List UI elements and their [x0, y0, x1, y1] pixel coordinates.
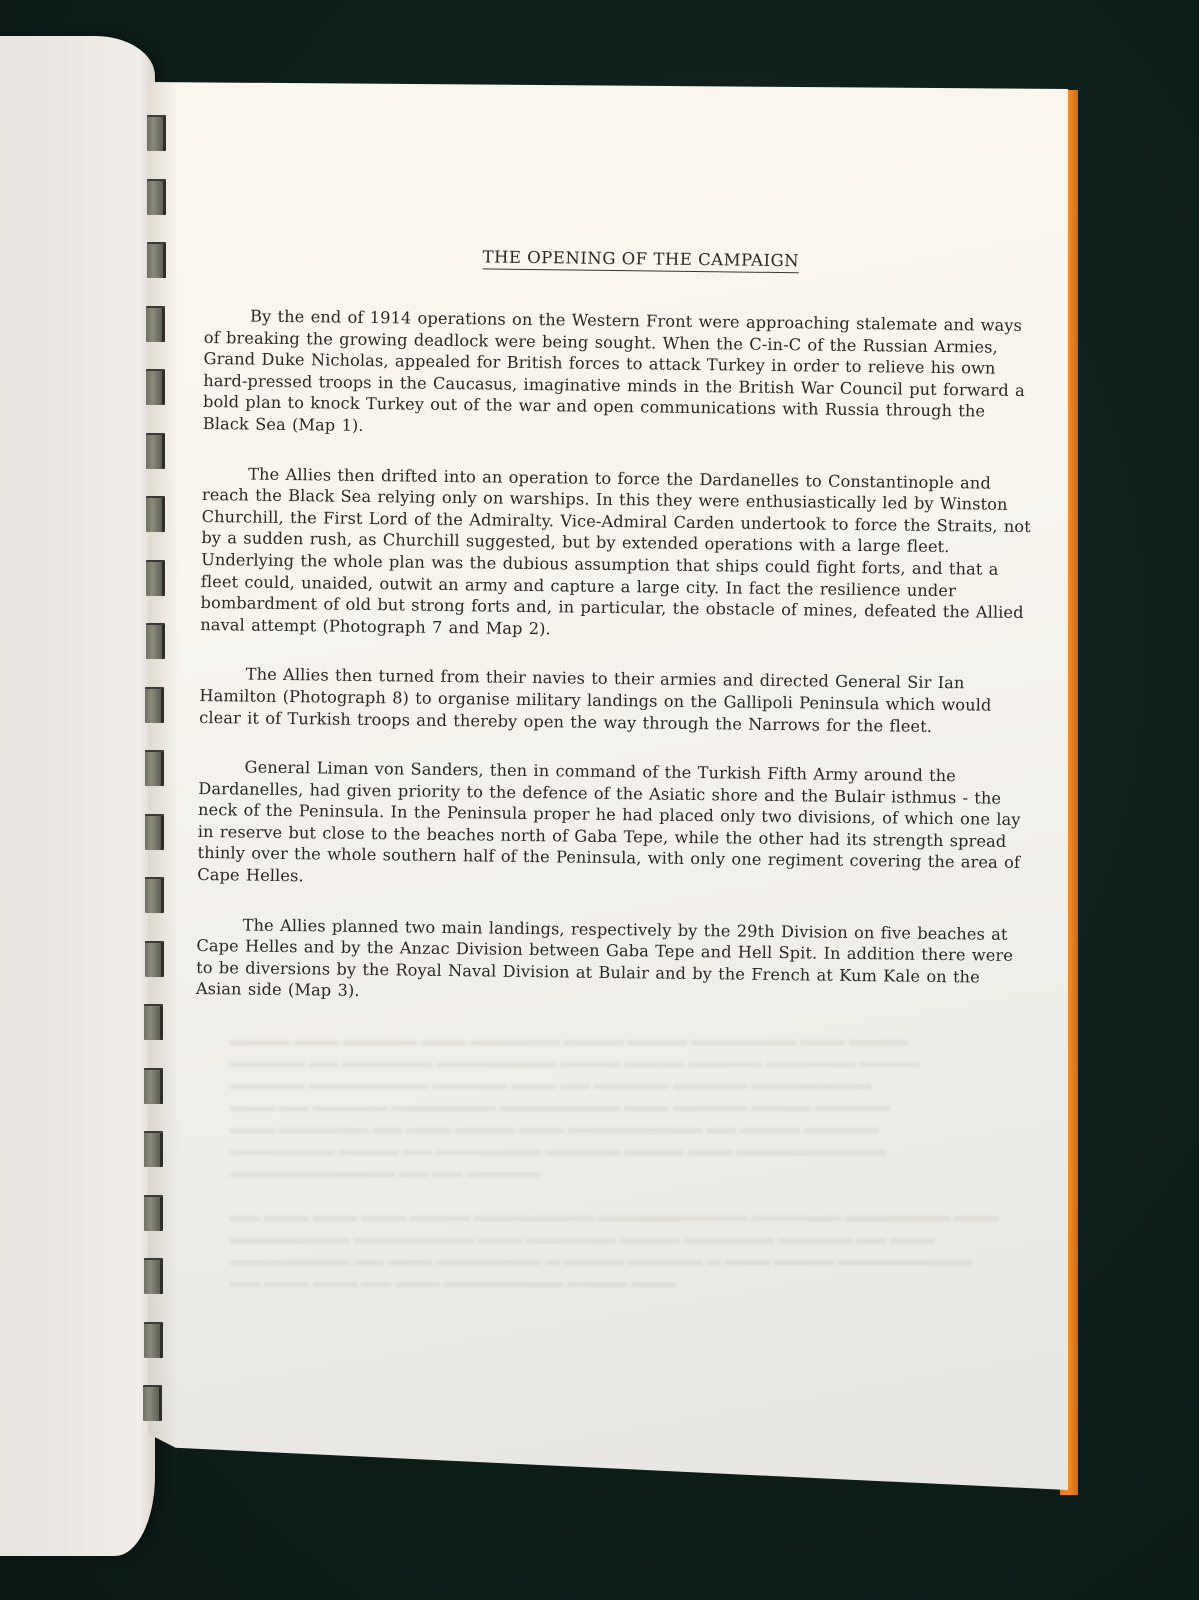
binder-clip-icon	[145, 814, 164, 850]
binder-clip-icon	[144, 1004, 163, 1040]
binder-clip-icon	[146, 560, 165, 596]
left-facing-page	[0, 36, 155, 1556]
paragraph-3: The Allies then turned from their navies…	[199, 663, 1030, 738]
binder-clip-icon	[146, 369, 165, 405]
binder-clip-icon	[144, 1068, 163, 1104]
paragraph-5: The Allies planned two main landings, re…	[196, 914, 1027, 1011]
spiral-binding	[143, 115, 163, 1435]
binder-clip-icon	[144, 1258, 163, 1294]
binder-clip-icon	[145, 877, 164, 913]
binder-clip-icon	[146, 433, 165, 469]
binder-clip-icon	[145, 750, 164, 786]
page-content: THE OPENING OF THE CAMPAIGN By the end o…	[195, 244, 1035, 1038]
binder-clip-icon	[143, 1385, 162, 1421]
binder-clip-icon	[146, 306, 165, 342]
binder-clip-icon	[144, 1195, 163, 1231]
title-text: THE OPENING OF THE CAMPAIGN	[482, 247, 799, 273]
binder-clip-icon	[144, 1322, 163, 1358]
paragraph-4: General Liman von Sanders, then in comma…	[197, 756, 1029, 896]
binder-clip-icon	[144, 1131, 163, 1167]
binder-clip-icon	[145, 941, 164, 977]
binder-clip-icon	[147, 115, 166, 151]
binder-clip-icon	[146, 623, 165, 659]
paragraph-2: The Allies then drifted into an operatio…	[200, 463, 1032, 646]
binder-clip-icon	[146, 496, 165, 532]
paragraph-1: By the end of 1914 operations on the Wes…	[203, 305, 1035, 445]
bleed-through-text: ▬▬▬▬ ▬▬▬ ▬▬▬▬▬ ▬▬▬ ▬▬▬▬▬▬ ▬▬▬▬ ▬▬▬▬ ▬▬▬▬…	[230, 1030, 1010, 1294]
binder-clip-icon	[147, 179, 166, 215]
binder-clip-icon	[147, 242, 166, 278]
binder-clip-icon	[145, 687, 164, 723]
